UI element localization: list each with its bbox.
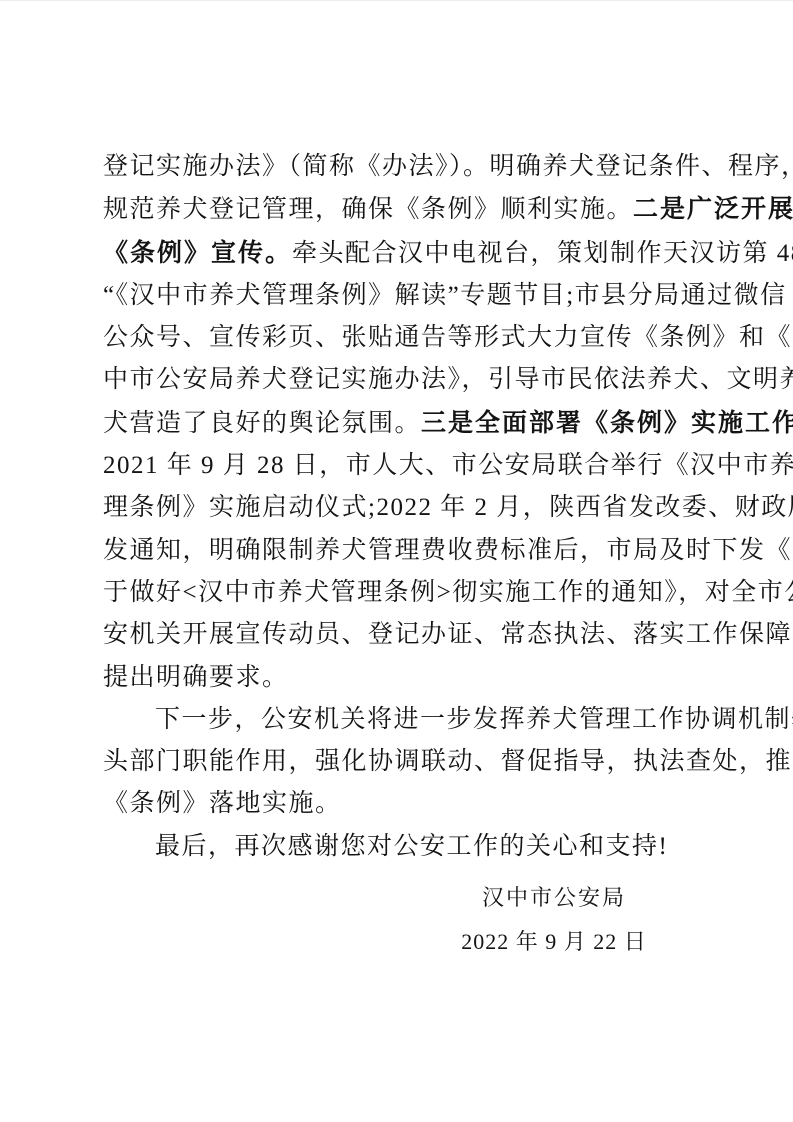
text-line: 提出明确要求。: [103, 657, 761, 699]
text-line: 理条例》实施启动仪式;2022 年 2 月，陕西省发改委、财政厅下: [103, 487, 761, 529]
text-line: 2021 年 9 月 28 日，市人大、市公安局联合举行《汉中市养犬管: [103, 445, 761, 487]
text-line: 发通知，明确限制养犬管理费收费标准后，市局及时下发《关: [103, 530, 761, 572]
text-line: 规范养犬登记管理，确保《条例》顺利实施。二是广泛开展: [103, 188, 761, 231]
text-segment: 于做好<汉中市养犬管理条例>彻实施工作的通知》，对全市公: [103, 579, 793, 606]
text-line: “《汉中市养犬管理条例》解读”专题节目;市县分局通过微信: [103, 275, 761, 317]
text-segment: 中市公安局养犬登记实施办法》，引导市民依法养犬、文明养: [103, 366, 793, 393]
text-line: 《条例》落地实施。: [103, 783, 761, 825]
text-segment: 犬营造了良好的舆论氛围。: [103, 410, 421, 437]
text-line: 下一步，公安机关将进一步发挥养犬管理工作协调机制牵: [103, 699, 761, 741]
text-segment: 2021 年 9 月 28 日，市人大、市公安局联合举行《汉中市养犬管: [103, 452, 793, 479]
text-line: 《条例》宣传。牵头配合汉中电视台，策划制作天汉访第 48 期: [103, 232, 761, 275]
bold-text-segment: 《条例》宣传。: [103, 239, 292, 267]
text-segment: 理条例》实施启动仪式;2022 年 2 月，陕西省发改委、财政厅下: [103, 494, 793, 521]
text-segment: 公众号、宣传彩页、张贴通告等形式大力宣传《条例》和《汉: [103, 324, 793, 351]
signature-date: 2022 年 9 月 22 日: [428, 920, 680, 964]
text-segment: 登记实施办法》（简称《办法》）。明确养犬登记条件、程序，: [103, 153, 793, 180]
text-line: 登记实施办法》（简称《办法》）。明确养犬登记条件、程序，: [103, 146, 761, 188]
text-segment: 头部门职能作用，强化协调联动、督促指导，执法查处，推动: [103, 748, 793, 775]
text-line: 最后，再次感谢您对公安工作的关心和支持!: [103, 826, 761, 868]
document-page: 登记实施办法》（简称《办法》）。明确养犬登记条件、程序，规范养犬登记管理，确保《…: [0, 0, 793, 1122]
text-line: 犬营造了良好的舆论氛围。三是全面部署《条例》实施工作。: [103, 402, 761, 445]
text-segment: 最后，再次感谢您对公安工作的关心和支持!: [155, 833, 668, 860]
signature-block: 汉中市公安局 2022 年 9 月 22 日: [428, 876, 680, 964]
document-body-text: 登记实施办法》（简称《办法》）。明确养犬登记条件、程序，规范养犬登记管理，确保《…: [103, 146, 761, 868]
text-line: 中市公安局养犬登记实施办法》，引导市民依法养犬、文明养: [103, 359, 761, 401]
text-segment: 下一步，公安机关将进一步发挥养犬管理工作协调机制牵: [155, 706, 793, 733]
text-segment: 牵头配合汉中电视台，策划制作天汉访第 48 期: [292, 240, 793, 267]
text-segment: 安机关开展宣传动员、登记办证、常态执法、落实工作保障等: [103, 621, 793, 648]
text-segment: 《条例》落地实施。: [103, 790, 342, 817]
bold-text-segment: 二是广泛开展: [633, 195, 793, 223]
text-segment: 提出明确要求。: [103, 664, 289, 691]
page-top-edge: [0, 0, 793, 1]
text-line: 公众号、宣传彩页、张贴通告等形式大力宣传《条例》和《汉: [103, 317, 761, 359]
bold-text-segment: 三是全面部署《条例》实施工作。: [421, 409, 793, 437]
signature-organization: 汉中市公安局: [428, 876, 680, 920]
text-segment: “《汉中市养犬管理条例》解读”专题节目;市县分局通过微信: [103, 282, 787, 309]
text-segment: 规范养犬登记管理，确保《条例》顺利实施。: [103, 196, 633, 223]
text-line: 于做好<汉中市养犬管理条例>彻实施工作的通知》，对全市公: [103, 572, 761, 614]
text-segment: 发通知，明确限制养犬管理费收费标准后，市局及时下发《关: [103, 537, 793, 564]
text-line: 头部门职能作用，强化协调联动、督促指导，执法查处，推动: [103, 741, 761, 783]
text-line: 安机关开展宣传动员、登记办证、常态执法、落实工作保障等: [103, 614, 761, 656]
